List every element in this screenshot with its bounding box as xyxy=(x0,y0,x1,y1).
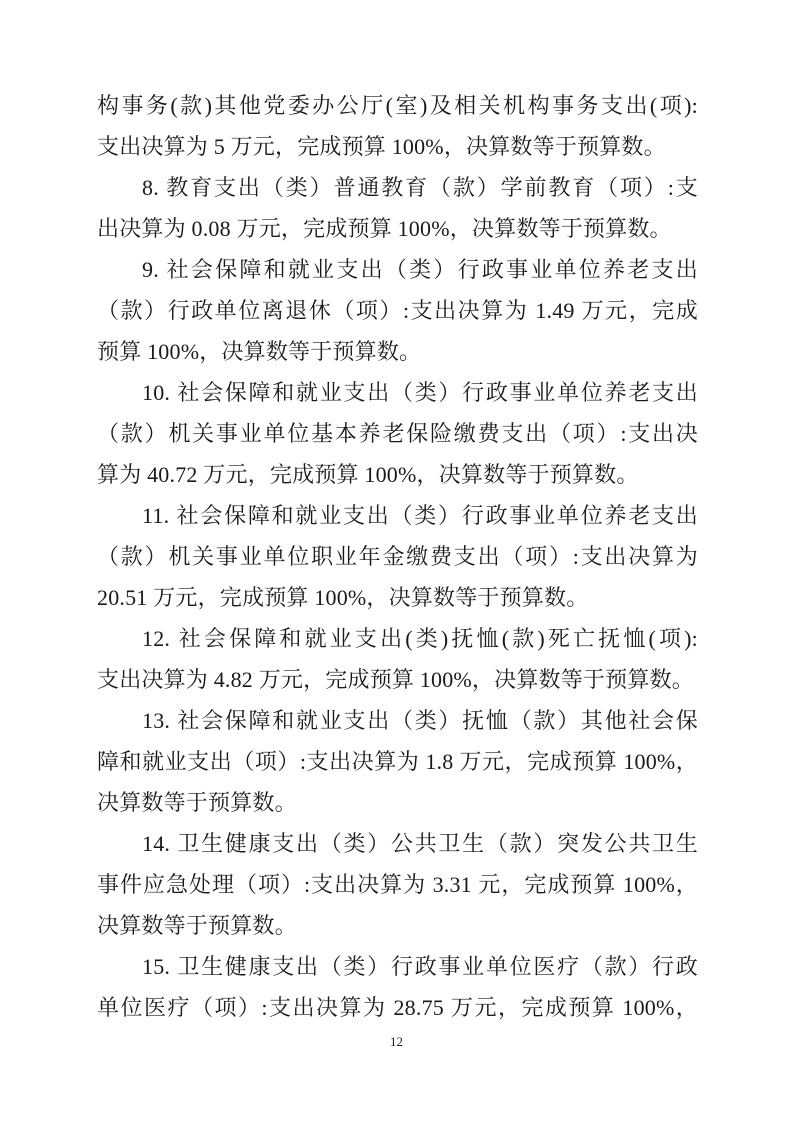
text-line: 12. 社会保障和就业支出(类)抚恤(款)死亡抚恤(项): xyxy=(97,618,698,659)
text-line: （款）机关事业单位职业年金缴费支出（项）:支出决算为 xyxy=(97,536,698,577)
text-line: 构事务(款)其他党委办公厅(室)及相关机构事务支出(项): xyxy=(97,85,698,126)
page-number: 12 xyxy=(390,1034,403,1049)
text-line: 单位医疗（项）:支出决算为 28.75 万元，完成预算 100%， xyxy=(97,987,698,1028)
text-line: （款）机关事业单位基本养老保险缴费支出（项）:支出决 xyxy=(97,413,698,454)
text-line: 8. 教育支出（类）普通教育（款）学前教育（项）:支 xyxy=(97,167,698,208)
text-line: 预算 100%，决算数等于预算数。 xyxy=(97,331,698,372)
text-line: 14. 卫生健康支出（类）公共卫生（款）突发公共卫生 xyxy=(97,823,698,864)
text-line: 支出决算为 4.82 万元，完成预算 100%，决算数等于预算数。 xyxy=(97,659,698,700)
text-line: 20.51 万元，完成预算 100%，决算数等于预算数。 xyxy=(97,577,698,618)
para-continued-from-previous-page: 构事务(款)其他党委办公厅(室)及相关机构事务支出(项):支出决算为 5 万元，… xyxy=(97,85,698,167)
item-9-social-security-retirement: 9. 社会保障和就业支出（类）行政事业单位养老支出（款）行政单位离退休（项）:支… xyxy=(97,249,698,372)
item-13-other-social-security: 13. 社会保障和就业支出（类）抚恤（款）其他社会保障和就业支出（项）:支出决算… xyxy=(97,700,698,823)
item-8-education: 8. 教育支出（类）普通教育（款）学前教育（项）:支出决算为 0.08 万元，完… xyxy=(97,167,698,249)
item-14-public-health-emergency: 14. 卫生健康支出（类）公共卫生（款）突发公共卫生事件应急处理（项）:支出决算… xyxy=(97,823,698,946)
item-15-administrative-medical: 15. 卫生健康支出（类）行政事业单位医疗（款）行政单位医疗（项）:支出决算为 … xyxy=(97,946,698,1028)
text-line: 支出决算为 5 万元，完成预算 100%，决算数等于预算数。 xyxy=(97,126,698,167)
text-line: 算为 40.72 万元，完成预算 100%，决算数等于预算数。 xyxy=(97,454,698,495)
page-footer: 12 xyxy=(0,1034,793,1050)
text-line: 15. 卫生健康支出（类）行政事业单位医疗（款）行政 xyxy=(97,946,698,987)
text-line: （款）行政单位离退休（项）:支出决算为 1.49 万元，完成 xyxy=(97,290,698,331)
text-line: 障和就业支出（项）:支出决算为 1.8 万元，完成预算 100%， xyxy=(97,741,698,782)
body-text: 构事务(款)其他党委办公厅(室)及相关机构事务支出(项):支出决算为 5 万元，… xyxy=(97,85,698,1028)
text-line: 11. 社会保障和就业支出（类）行政事业单位养老支出 xyxy=(97,495,698,536)
item-12-death-pension: 12. 社会保障和就业支出(类)抚恤(款)死亡抚恤(项):支出决算为 4.82 … xyxy=(97,618,698,700)
item-11-occupational-annuity: 11. 社会保障和就业支出（类）行政事业单位养老支出（款）机关事业单位职业年金缴… xyxy=(97,495,698,618)
text-line: 13. 社会保障和就业支出（类）抚恤（款）其他社会保 xyxy=(97,700,698,741)
document-page: 构事务(款)其他党委办公厅(室)及相关机构事务支出(项):支出决算为 5 万元，… xyxy=(0,0,793,1122)
text-line: 决算数等于预算数。 xyxy=(97,905,698,946)
text-line: 事件应急处理（项）:支出决算为 3.31 元，完成预算 100%， xyxy=(97,864,698,905)
text-line: 出决算为 0.08 万元，完成预算 100%，决算数等于预算数。 xyxy=(97,208,698,249)
item-10-basic-pension-contribution: 10. 社会保障和就业支出（类）行政事业单位养老支出（款）机关事业单位基本养老保… xyxy=(97,372,698,495)
text-line: 决算数等于预算数。 xyxy=(97,782,698,823)
text-line: 9. 社会保障和就业支出（类）行政事业单位养老支出 xyxy=(97,249,698,290)
text-line: 10. 社会保障和就业支出（类）行政事业单位养老支出 xyxy=(97,372,698,413)
